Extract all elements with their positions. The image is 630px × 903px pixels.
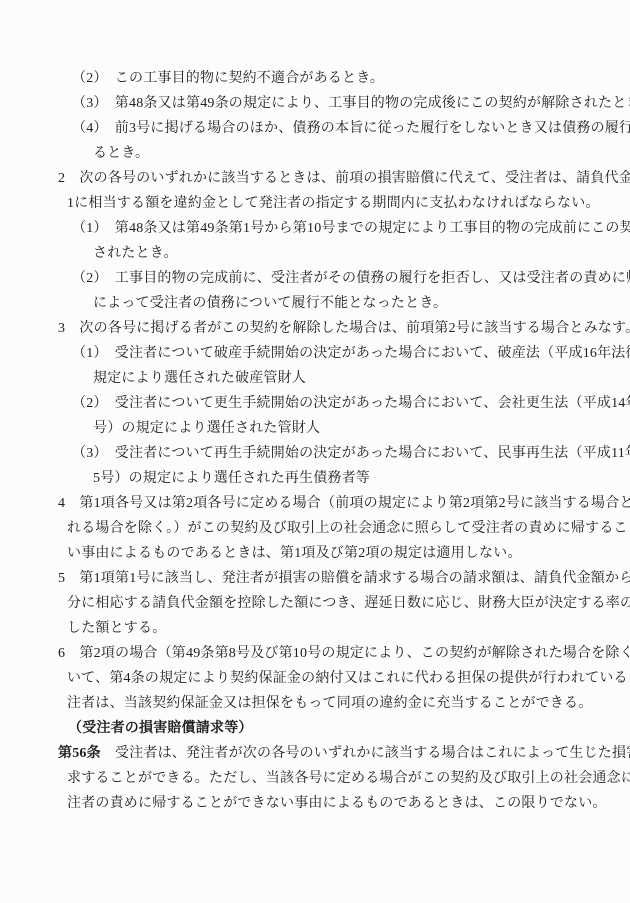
paragraph-continuation-line: 求することができる。ただし、当該各号に定める場合がこの契約及び取引上の社会通念に… [0, 766, 630, 791]
document-body: （2） この工事目的物に契約不適合があるとき。（3） 第48条又は第49条の規定… [0, 66, 630, 816]
paragraph-text: 受注者は、発注者が次の各号のいずれかに該当する場合はこれによって生じた損害の賠償… [101, 746, 630, 761]
paragraph-continuation-line: 1に相当する額を違約金として発注者の指定する期間内に支払わなければならない。 [0, 191, 630, 216]
paragraph-continuation-line: 分に相応する請負代金額を控除した額につき、遅延日数に応じ、財務大臣が決定する率の… [0, 591, 630, 616]
item-continuation-line: 規定により選任された破産管財人 [0, 366, 630, 391]
item-continuation-line: 号）の規定により選任された管財人 [0, 416, 630, 441]
paragraph-continuation-line: いて、第4条の規定により契約保証金の納付又はこれに代わる担保の提供が行われている… [0, 666, 630, 691]
item-line: （2） この工事目的物に契約不適合があるとき。 [0, 66, 630, 91]
paragraph-continuation-line: れる場合を除く。）がこの契約及び取引上の社会通念に照らして受注者の責めに帰するこ… [0, 516, 630, 541]
item-line: （2） 工事目的物の完成前に、受注者がその債務の履行を拒否し、又は受注者の責めに… [0, 266, 630, 291]
item-continuation-line: によって受注者の債務について履行不能となったとき。 [0, 291, 630, 316]
paragraph-line: 5 第1項第1号に該当し、発注者が損害の賠償を請求する場合の請求額は、請負代金額… [0, 566, 630, 591]
item-line: （3） 受注者について再生手続開始の決定があった場合において、民事再生法（平成1… [0, 441, 630, 466]
paragraph-line: 第56条 受注者は、発注者が次の各号のいずれかに該当する場合はこれによって生じた… [0, 741, 630, 766]
section-heading: （受注者の損害賠償請求等） [0, 716, 630, 741]
item-line: （4） 前3号に掲げる場合のほか、債務の本旨に従った履行をしないとき又は債務の履… [0, 116, 630, 141]
paragraph-line: 3 次の各号に掲げる者がこの契約を解除した場合は、前項第2号に該当する場合とみな… [0, 316, 630, 341]
item-continuation-line: 5号）の規定により選任された再生債務者等 [0, 466, 630, 491]
paragraph-line: 4 第1項各号又は第2項各号に定める場合（前項の規定により第2項第2号に該当する… [0, 491, 630, 516]
article-number: 第56条 [58, 746, 101, 761]
item-line: （3） 第48条又は第49条の規定により、工事目的物の完成後にこの契約が解除され… [0, 91, 630, 116]
item-line: （1） 第48条又は第49条第1号から第10号までの規定により工事目的物の完成前… [0, 216, 630, 241]
paragraph-continuation-line: 注者の責めに帰することができない事由によるものであるときは、この限りでない。 [0, 791, 630, 816]
paragraph-continuation-line: い事由によるものであるときは、第1項及び第2項の規定は適用しない。 [0, 541, 630, 566]
item-line: （2） 受注者について更生手続開始の決定があった場合において、会社更生法（平成1… [0, 391, 630, 416]
paragraph-line: 6 第2項の場合（第49条第8号及び第10号の規定により、この契約が解除された場… [0, 641, 630, 666]
item-line: （1） 受注者について破産手続開始の決定があった場合において、破産法（平成16年… [0, 341, 630, 366]
paragraph-line: 2 次の各号のいずれかに該当するときは、前項の損害賠償に代えて、受注者は、請負代… [0, 166, 630, 191]
item-continuation-line: るとき。 [0, 141, 630, 166]
item-continuation-line: されたとき。 [0, 241, 630, 266]
paragraph-continuation-line: 注者は、当該契約保証金又は担保をもって同項の違約金に充当することができる。 [0, 691, 630, 716]
paragraph-continuation-line: した額とする。 [0, 616, 630, 641]
contract-page: （2） この工事目的物に契約不適合があるとき。（3） 第48条又は第49条の規定… [0, 0, 630, 903]
